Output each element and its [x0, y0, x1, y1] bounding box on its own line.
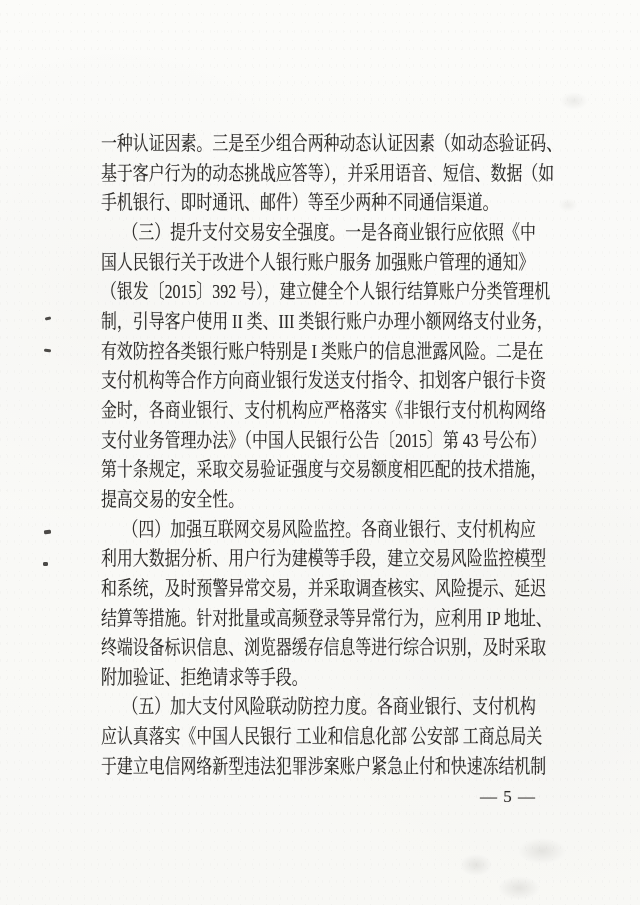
text-line: 制，引导客户使用 II 类、III 类银行账户办理小额网络支付业务， — [101, 308, 565, 338]
scan-smudge — [558, 198, 578, 212]
text-line: 和系统，及时预警异常交易，并采取调查核实、风险提示、延迟 — [101, 575, 565, 605]
text-line: 利用大数据分析、用户行为建模等手段，建立交易风险监控模型 — [101, 545, 565, 575]
text-line: 于建立电信网络新型违法犯罪涉案账户紧急止付和快速冻结机制 — [101, 753, 565, 783]
text-line: 手机银行、即时通讯、邮件）等至少两种不同通信渠道。 — [101, 189, 565, 219]
text-line: 提高交易的安全性。 — [101, 486, 565, 516]
scan-smudge — [560, 92, 588, 110]
margin-speck — [43, 562, 48, 566]
text-line: （银发〔2015〕392 号），建立健全个人银行结算账户分类管理机 — [101, 278, 565, 308]
text-line: 结算等措施。针对批量或高频登录等异常行为，应利用 IP 地址、 — [101, 605, 565, 635]
text-line: 应认真落实《中国人民银行 工业和信息化部 公安部 工商总局关 — [101, 723, 565, 753]
text-line: 有效防控各类银行账户特别是 I 类账户的信息泄露风险。二是在 — [101, 338, 565, 368]
text-line: （五）加大支付风险联动防控力度。各商业银行、支付机构 — [101, 693, 565, 723]
scan-smudge — [498, 876, 540, 900]
scan-smudge — [518, 838, 566, 864]
margin-speck — [44, 349, 51, 353]
margin-speck — [44, 530, 51, 535]
text-line: （三）提升支付交易安全强度。一是各商业银行应依照《中 — [101, 219, 565, 249]
text-line: 终端设备标识信息、浏览器缓存信息等进行综合识别，及时采取 — [101, 634, 565, 664]
text-line: 金时，各商业银行、支付机构应严格落实《非银行支付机构网络 — [101, 397, 565, 427]
text-line: 基于客户行为的动态挑战应答等），并采用语音、短信、数据（如 — [101, 160, 565, 190]
text-line: 国人民银行关于改进个人银行账户服务 加强账户管理的通知》 — [101, 249, 565, 279]
text-line: 一种认证因素。三是至少组合两种动态认证因素（如动态验证码、 — [101, 130, 565, 160]
document-text-block: 一种认证因素。三是至少组合两种动态认证因素（如动态验证码、 基于客户行为的动态挑… — [101, 130, 565, 782]
text-line: 支付业务管理办法》（中国人民银行公告〔2015〕第 43 号公布） — [101, 427, 565, 457]
scan-smudge — [460, 854, 492, 876]
document-page: 一种认证因素。三是至少组合两种动态认证因素（如动态验证码、 基于客户行为的动态挑… — [0, 0, 640, 905]
text-line: 第十条规定，采取交易验证强度与交易额度相匹配的技术措施， — [101, 456, 565, 486]
text-line: 支付机构等合作方向商业银行发送支付指令、扣划客户银行卡资 — [101, 367, 565, 397]
page-number: — 5 — — [480, 787, 536, 807]
margin-speck — [45, 316, 51, 320]
text-line: 附加验证、拒绝请求等手段。 — [101, 664, 565, 694]
text-line: （四）加强互联网交易风险监控。各商业银行、支付机构应 — [101, 516, 565, 546]
